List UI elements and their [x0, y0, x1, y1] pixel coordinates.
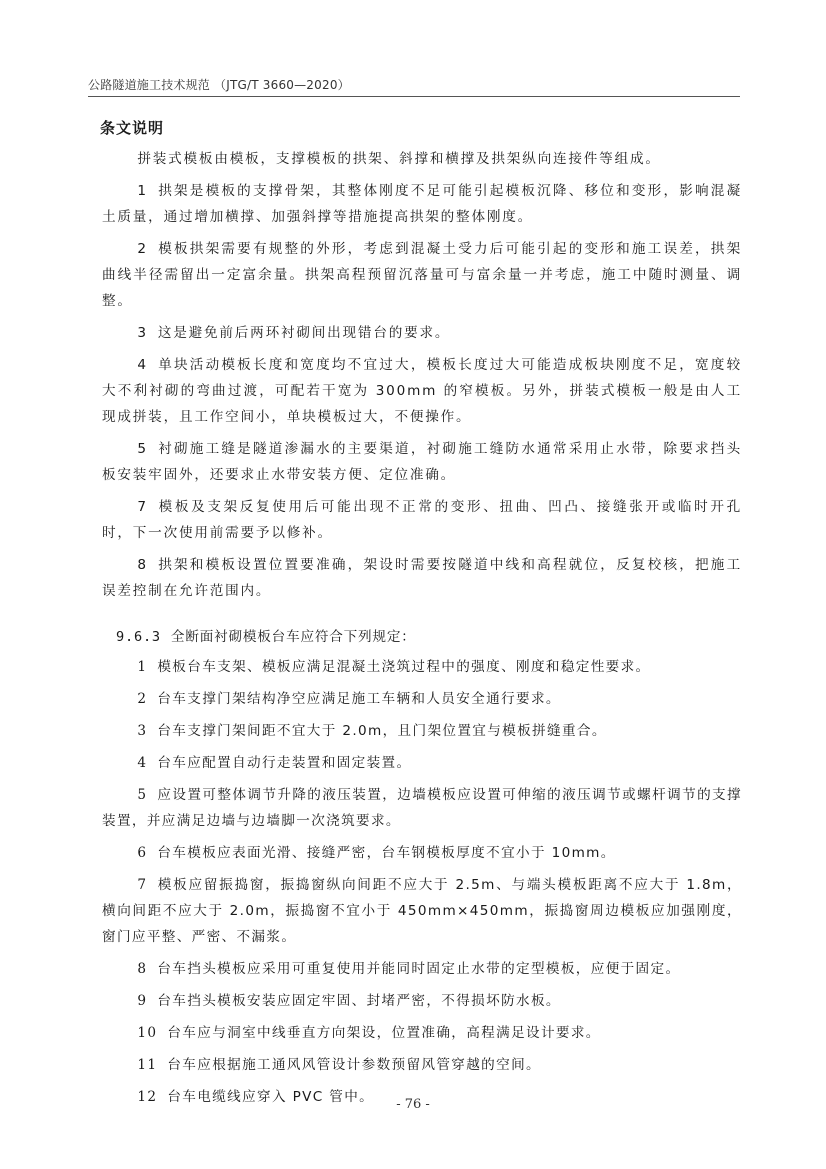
item-text: 台车应根据施工通风风管设计参数预留风管穿越的空间。 [167, 1057, 541, 1073]
item-number: 7 [137, 877, 147, 893]
item-number: 11 [137, 1057, 157, 1073]
item-number: 5 [137, 787, 147, 803]
clause-item: 11台车应根据施工通风风管设计参数预留风管穿越的空间。 [102, 1052, 742, 1078]
clause-item: 2台车支撑门架结构净空应满足施工车辆和人员安全通行要求。 [102, 686, 742, 712]
item-text: 衬砌施工缝是隧道渗漏水的主要渠道，衬砌施工缝防水通常采用止水带，除要求挡头板安装… [102, 441, 742, 483]
item-number: 8 [137, 961, 147, 977]
item-text: 台车支撑门架结构净空应满足施工车辆和人员安全通行要求。 [157, 691, 560, 707]
item-text: 模板应留振捣窗，振捣窗纵向间距不应大于 2.5m、与端头模板距离不应大于 1.8… [102, 877, 742, 945]
item-number: 1 [137, 659, 147, 675]
explanation-heading: 条文说明 [100, 118, 742, 138]
item-text: 拱架是模板的支撑骨架，其整体刚度不足可能引起模板沉降、移位和变形，影响混凝土质量… [102, 183, 742, 225]
item-number: 6 [137, 845, 147, 861]
clause-number: 9.6.3 [116, 629, 161, 645]
item-text: 台车模板应表面光滑、接缝严密，台车钢模板厚度不宜小于 10mm。 [157, 845, 615, 861]
item-number: 7 [137, 499, 147, 515]
item-text: 台车支撑门架间距不宜大于 2.0m，且门架位置宜与模板拼缝重合。 [157, 723, 606, 739]
item-text: 拱架和模板设置位置要准确，架设时需要按隧道中线和高程就位，反复校核，把施工误差控… [102, 557, 742, 599]
clause-item: 9台车挡头模板安装应固定牢固、封堵严密，不得损坏防水板。 [102, 988, 742, 1014]
item-text: 单块活动模板长度和宽度均不宜过大，模板长度过大可能造成板块刚度不足，宽度较大不利… [102, 357, 742, 425]
item-number: 9 [137, 993, 147, 1009]
item-text: 这是避免前后两环衬砌间出现错台的要求。 [158, 325, 450, 341]
explanation-item: 8拱架和模板设置位置要准确，架设时需要按隧道中线和高程就位，反复校核，把施工误差… [102, 552, 742, 604]
clause-item: 6台车模板应表面光滑、接缝严密，台车钢模板厚度不宜小于 10mm。 [102, 840, 742, 866]
item-number: 2 [137, 241, 147, 257]
item-text: 模板及支架反复使用后可能出现不正常的变形、扭曲、凹凸、接缝张开或临时开孔时，下一… [102, 499, 742, 541]
item-text: 台车挡头模板安装应固定牢固、封堵严密，不得损坏防水板。 [157, 993, 560, 1009]
item-number: 3 [137, 325, 147, 341]
page-number: - 76 - [0, 1097, 826, 1112]
item-text: 模板台车支架、模板应满足混凝土浇筑过程中的强度、刚度和稳定性要求。 [157, 659, 650, 675]
clause-item: 7模板应留振捣窗，振捣窗纵向间距不应大于 2.5m、与端头模板距离不应大于 1.… [102, 872, 742, 950]
item-text: 台车挡头模板应采用可重复使用并能同时固定止水带的定型模板，应便于固定。 [157, 961, 680, 977]
explanation-item: 5衬砌施工缝是隧道渗漏水的主要渠道，衬砌施工缝防水通常采用止水带，除要求挡头板安… [102, 436, 742, 488]
page-body: 条文说明 拼装式模板由模板，支撑模板的拱架、斜撑和横撑及拱架纵向连接件等组成。 … [102, 114, 742, 1116]
item-number: 4 [137, 357, 147, 373]
running-header: 公路隧道施工技术规范 （JTG/T 3660—2020） [88, 78, 740, 97]
clause-item: 10台车应与洞室中线垂直方向架设，位置准确，高程满足设计要求。 [102, 1020, 742, 1046]
explanation-item: 1拱架是模板的支撑骨架，其整体刚度不足可能引起模板沉降、移位和变形，影响混凝土质… [102, 178, 742, 230]
explanation-intro: 拼装式模板由模板，支撑模板的拱架、斜撑和横撑及拱架纵向连接件等组成。 [102, 146, 742, 172]
explanation-item: 4单块活动模板长度和宽度均不宜过大，模板长度过大可能造成板块刚度不足，宽度较大不… [102, 352, 742, 430]
clause-item: 4台车应配置自动行走装置和固定装置。 [102, 750, 742, 776]
item-number: 2 [137, 691, 147, 707]
clause-item: 1模板台车支架、模板应满足混凝土浇筑过程中的强度、刚度和稳定性要求。 [102, 654, 742, 680]
item-text: 台车应与洞室中线垂直方向架设，位置准确，高程满足设计要求。 [167, 1025, 600, 1041]
item-text: 模板拱架需要有规整的外形，考虑到混凝土受力后可能引起的变形和施工误差，拱架曲线半… [102, 241, 742, 309]
item-number: 5 [137, 441, 147, 457]
clause-item: 3台车支撑门架间距不宜大于 2.0m，且门架位置宜与模板拼缝重合。 [102, 718, 742, 744]
clause-item: 5应设置可整体调节升降的液压装置，边墙模板应设置可伸缩的液压调节或螺杆调节的支撑… [102, 782, 742, 834]
running-title: 公路隧道施工技术规范 （JTG/T 3660—2020） [88, 78, 350, 92]
explanation-item: 3这是避免前后两环衬砌间出现错台的要求。 [102, 320, 742, 346]
clause-title: 全断面衬砌模板台车应符合下列规定： [171, 629, 416, 645]
explanation-item: 7模板及支架反复使用后可能出现不正常的变形、扭曲、凹凸、接缝张开或临时开孔时，下… [102, 494, 742, 546]
item-number: 1 [137, 183, 147, 199]
item-number: 8 [137, 557, 147, 573]
item-text: 应设置可整体调节升降的液压装置，边墙模板应设置可伸缩的液压调节或螺杆调节的支撑装… [102, 787, 742, 829]
item-number: 3 [137, 723, 147, 739]
item-number: 4 [137, 755, 147, 771]
item-number: 10 [137, 1025, 157, 1041]
explanation-item: 2模板拱架需要有规整的外形，考虑到混凝土受力后可能引起的变形和施工误差，拱架曲线… [102, 236, 742, 314]
item-text: 台车应配置自动行走装置和固定装置。 [157, 755, 411, 771]
clause-heading: 9.6.3全断面衬砌模板台车应符合下列规定： [116, 624, 742, 650]
clause-item: 8台车挡头模板应采用可重复使用并能同时固定止水带的定型模板，应便于固定。 [102, 956, 742, 982]
